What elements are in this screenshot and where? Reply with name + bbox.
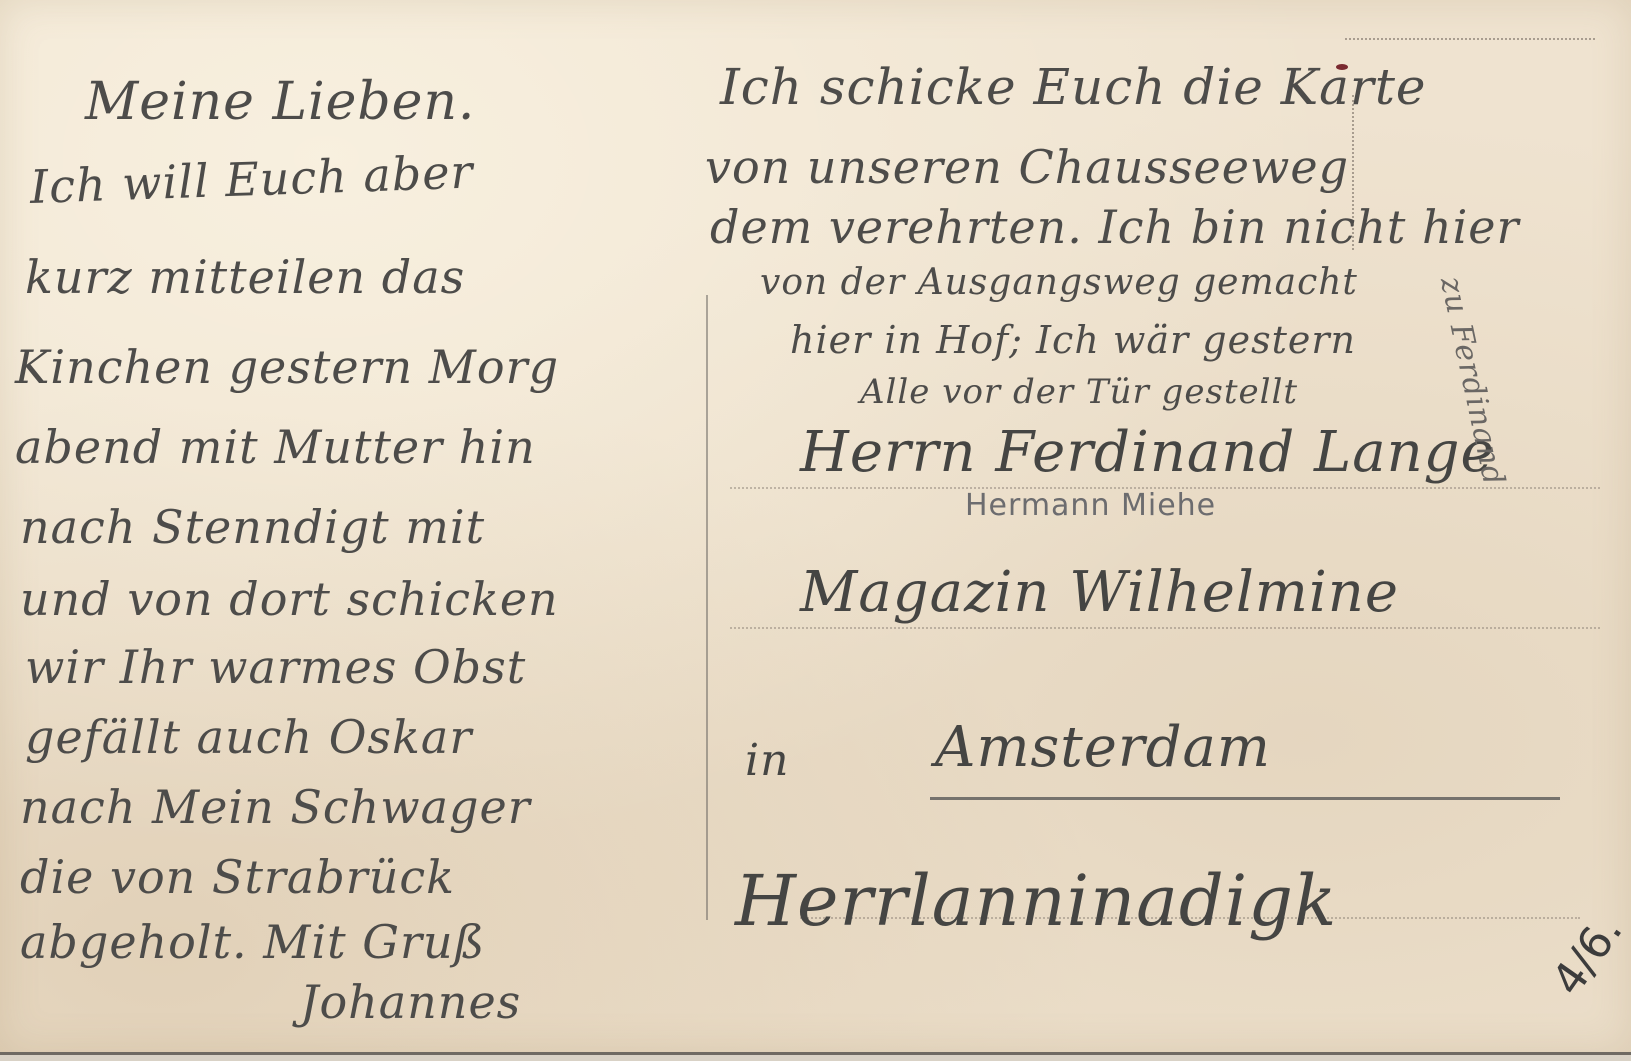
signature: Johannes bbox=[300, 975, 521, 1029]
address-line-4: Herrlanninadigk bbox=[735, 860, 1337, 942]
message-line: Ich schicke Euch die Karte bbox=[720, 58, 1427, 116]
message-line: nach Stenndigt mit bbox=[20, 500, 485, 554]
center-divider-line bbox=[706, 295, 708, 920]
message-line: nach Mein Schwager bbox=[20, 780, 531, 834]
address-in: in bbox=[745, 735, 789, 786]
message-line: abgeholt. Mit Gruß bbox=[20, 915, 485, 969]
address-recipient: Herrn Ferdinand Lange bbox=[800, 420, 1495, 485]
stamp-box-top-border bbox=[1345, 38, 1595, 40]
message-line: von unseren Chausseeweg bbox=[705, 140, 1349, 194]
message-line: gefällt auch Oskar bbox=[25, 710, 472, 764]
message-line: Alle vor der Tür gestellt bbox=[860, 372, 1298, 412]
address-line-3-rule bbox=[930, 797, 1560, 800]
corner-number-mark: 4/6. bbox=[1542, 906, 1631, 1005]
recipient-annotation: Hermann Miehe bbox=[965, 488, 1216, 523]
address-line-2: Magazin Wilhelmine bbox=[800, 560, 1399, 625]
message-line: Kinchen gestern Morg bbox=[15, 340, 559, 394]
greeting: Meine Lieben. bbox=[85, 72, 475, 132]
message-line: und von dort schicken bbox=[20, 572, 559, 626]
message-line: von der Ausgangsweg gemacht bbox=[760, 262, 1358, 303]
message-line: dem verehrten. Ich bin nicht hier bbox=[710, 200, 1520, 254]
message-line: hier in Hof; Ich wär gestern bbox=[790, 318, 1356, 362]
message-line: die von Strabrück bbox=[20, 850, 455, 904]
message-line: Ich will Euch aber bbox=[29, 145, 474, 214]
message-line: abend mit Mutter hin bbox=[15, 420, 536, 474]
address-line-2-rule bbox=[730, 627, 1600, 629]
message-line: kurz mitteilen das bbox=[25, 250, 465, 304]
postcard: Meine Lieben. Ich will Euch aber kurz mi… bbox=[0, 0, 1631, 1055]
address-city: Amsterdam bbox=[935, 715, 1271, 780]
message-line: wir Ihr warmes Obst bbox=[25, 640, 526, 694]
